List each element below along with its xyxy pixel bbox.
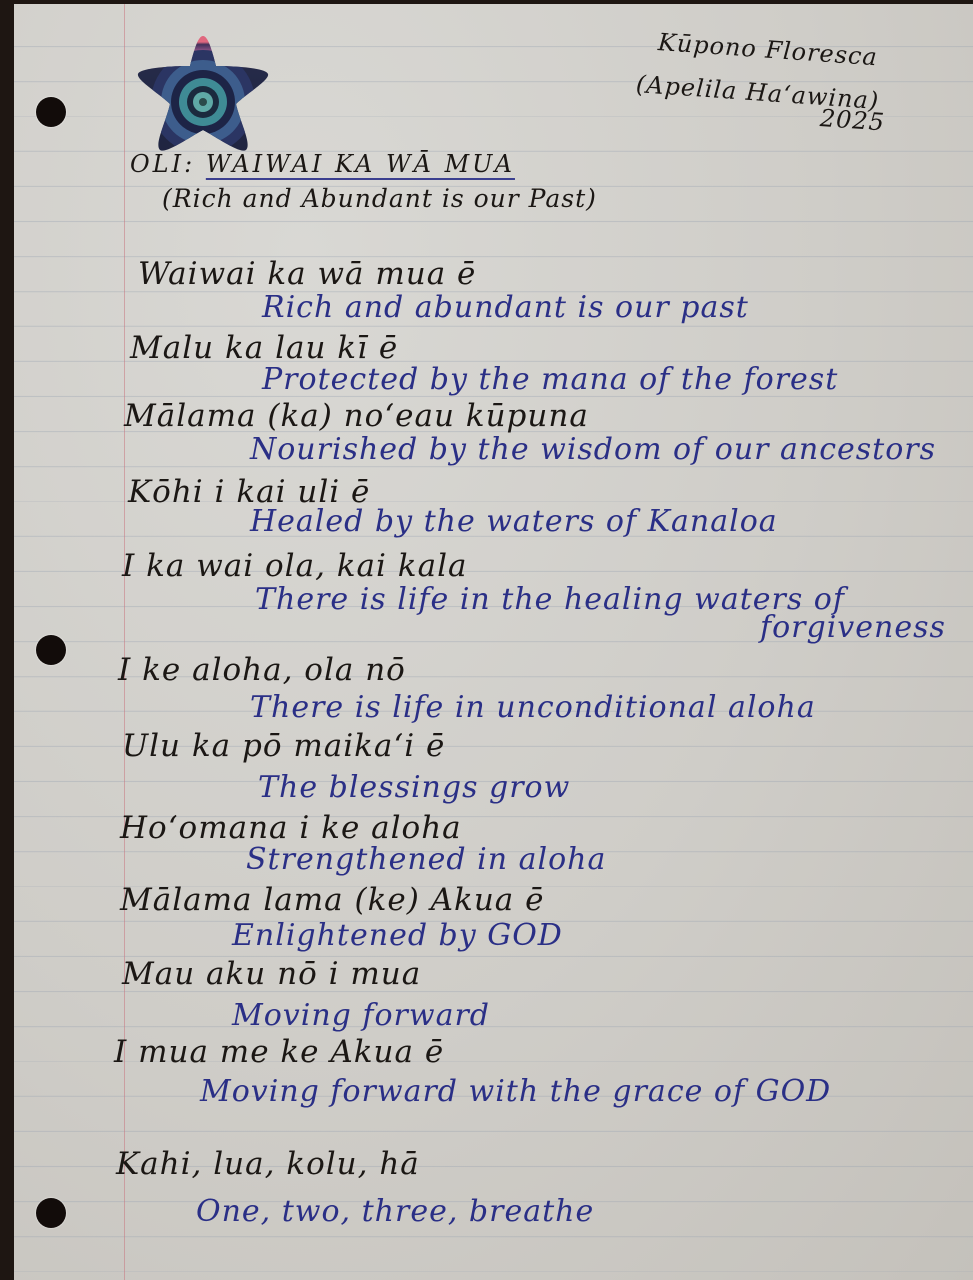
verse-6-hawaiian: I ke aloha, ola nō [118, 652, 406, 688]
verse-12-english: One, two, three, breathe [196, 1194, 594, 1229]
verse-9-english: Enlightened by GOD [232, 918, 563, 953]
verse-10-english: Moving forward [232, 998, 490, 1033]
page-title: OLI: WAIWAI KA WĀ MUA [130, 150, 515, 178]
verse-3-hawaiian: Mālama (ka) noʻeau kūpuna [124, 398, 589, 434]
verse-8-hawaiian: Hoʻomana i ke aloha [120, 810, 462, 846]
verse-9-hawaiian: Mālama lama (ke) Akua ē [120, 882, 544, 918]
verse-8-english: Strengthened in aloha [246, 842, 606, 877]
verse-3-english: Nourished by the wisdom of our ancestors [250, 432, 936, 467]
punch-hole-bottom [36, 1198, 66, 1228]
verse-6-english: There is life in unconditional aloha [250, 690, 816, 725]
verse-5-hawaiian: I ka wai ola, kai kala [122, 548, 467, 584]
verse-2-english: Protected by the mana of the forest [262, 362, 838, 397]
verse-11-english: Moving forward with the grace of GOD [200, 1074, 831, 1109]
verse-1-hawaiian: Waiwai ka wā mua ē [138, 256, 476, 292]
author-year: 2025 [819, 104, 886, 136]
title-prefix: OLI: [130, 150, 195, 178]
punch-hole-middle [36, 635, 66, 665]
verse-11-hawaiian: I mua me ke Akua ē [114, 1034, 444, 1070]
verse-12-hawaiian: Kahi, lua, kolu, hā [116, 1146, 420, 1182]
verse-1-english: Rich and abundant is our past [262, 290, 749, 325]
verse-7-english: The blessings grow [258, 770, 570, 805]
verse-10-hawaiian: Mau aku nō i mua [122, 956, 421, 992]
verse-5-english: There is life in the healing waters of [255, 582, 845, 617]
punch-hole-top [36, 97, 66, 127]
title-main: WAIWAI KA WĀ MUA [206, 150, 515, 178]
margin-line [124, 4, 125, 1280]
verse-4-english: Healed by the waters of Kanaloa [250, 504, 778, 539]
verse-2-hawaiian: Malu ka lau kī ē [130, 330, 398, 366]
star-sticker-icon [128, 32, 278, 157]
verse-7-hawaiian: Ulu ka pō maikaʻi ē [122, 728, 445, 764]
title-translation: (Rich and Abundant is our Past) [162, 184, 597, 213]
verse-5-english-cont: forgiveness [760, 610, 946, 645]
